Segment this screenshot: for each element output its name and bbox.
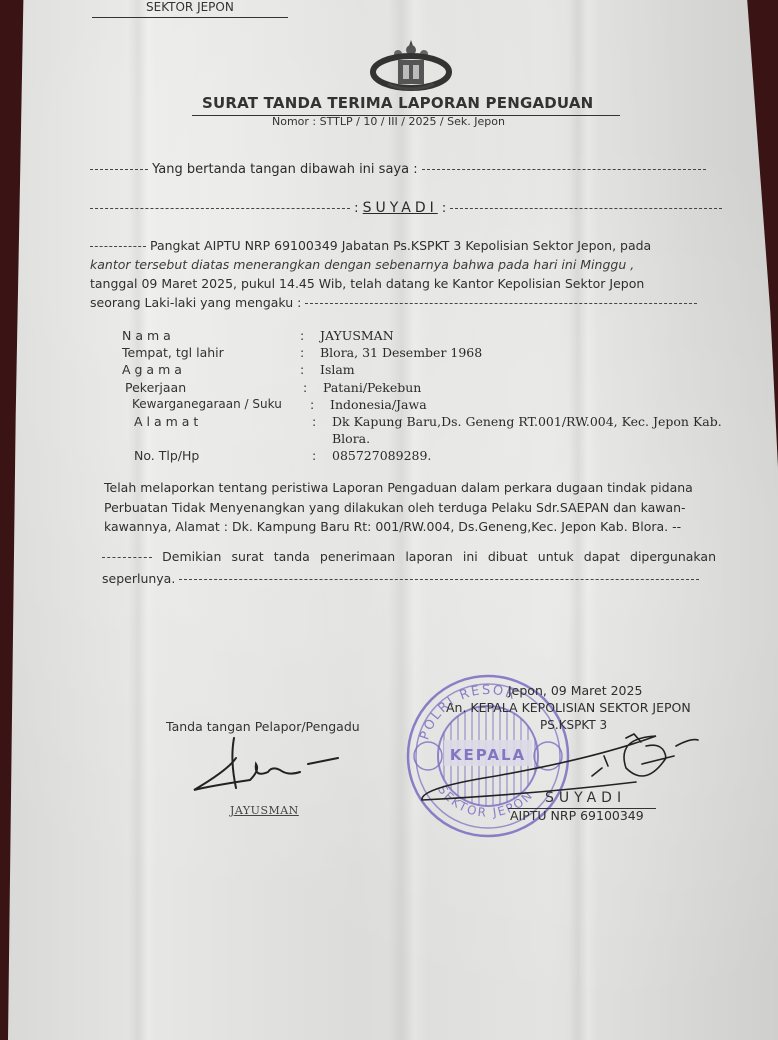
dash-fill xyxy=(450,208,722,209)
identity-label: N a m a xyxy=(122,327,300,344)
identity-row: Pekerjaan : Patani/Pekebun xyxy=(122,379,742,396)
dash-fill xyxy=(422,169,706,170)
identity-label: No. Tlp/Hp xyxy=(122,447,312,464)
identity-row: Kewarganegaraan / Suku : Indonesia/Jawa xyxy=(122,396,742,413)
identity-label: Kewarganegaraan / Suku xyxy=(122,396,310,413)
identity-row: A g a m a : Islam xyxy=(122,361,742,378)
identity-label: A g a m a xyxy=(122,361,300,378)
identity-label: A l a m a t xyxy=(122,413,312,447)
document-number: Nomor : STTLP / 10 / III / 2025 / Sek. J… xyxy=(272,115,505,128)
identity-table: N a m a : JAYUSMAN Tempat, tgl lahir : B… xyxy=(122,327,742,465)
police-emblem-icon xyxy=(368,38,454,94)
dash-fill xyxy=(179,579,699,580)
officer-paragraph-line1: Pangkat AIPTU NRP 69100349 Jabatan Ps.KS… xyxy=(150,238,651,253)
unit-header: SEKTOR JEPON xyxy=(146,0,234,14)
identity-row: No. Tlp/Hp : 085727089289. xyxy=(122,447,742,464)
dash-fill xyxy=(90,246,146,247)
officer-paragraph-line4: seorang Laki-laki yang mengaku : xyxy=(90,295,301,310)
identity-value: Patani/Pekebun xyxy=(323,379,733,396)
dash-fill xyxy=(305,303,697,304)
identity-label: Pekerjaan xyxy=(122,379,303,396)
closing-text: Demikian surat tanda penerimaan laporan … xyxy=(102,549,716,586)
signing-place-date: Jepon, 09 Maret 2025 xyxy=(508,683,642,698)
document-title: SURAT TANDA TERIMA LAPORAN PENGADUAN xyxy=(202,94,593,112)
report-text: Telah melaporkan tentang peristiwa Lapor… xyxy=(104,478,716,537)
identity-row: Tempat, tgl lahir : Blora, 31 Desember 1… xyxy=(122,344,742,361)
header-underline xyxy=(92,17,288,18)
complainant-signature-icon xyxy=(190,730,350,802)
intro-line: Yang bertanda tangan dibawah ini saya : xyxy=(90,162,706,177)
dash-fill xyxy=(102,557,152,558)
dash-fill xyxy=(90,169,148,170)
identity-value: Indonesia/Jawa xyxy=(330,396,740,413)
complainant-name: JAYUSMAN xyxy=(230,804,299,817)
officer-paragraph: Pangkat AIPTU NRP 69100349 Jabatan Ps.KS… xyxy=(90,236,730,312)
officer-name-line: : SUYADI : xyxy=(90,200,722,216)
closing-paragraph: Demikian surat tanda penerimaan laporan … xyxy=(102,546,716,590)
identity-value: JAYUSMAN xyxy=(320,327,730,344)
identity-value: Blora, 31 Desember 1968 xyxy=(320,344,730,361)
officer-paragraph-line2: kantor tersebut diatas menerangkan denga… xyxy=(90,257,634,272)
identity-value: 085727089289. xyxy=(332,447,742,464)
identity-row: A l a m a t : Dk Kapung Baru,Ds. Geneng … xyxy=(122,413,742,447)
intro-text: Yang bertanda tangan dibawah ini saya : xyxy=(152,162,417,177)
identity-row: N a m a : JAYUSMAN xyxy=(122,327,742,344)
officer-rank-nrp: AIPTU NRP 69100349 xyxy=(510,808,644,823)
officer-signed-name: SUYADI xyxy=(545,790,626,806)
identity-value: Islam xyxy=(320,361,730,378)
identity-value: Dk Kapung Baru,Ds. Geneng RT.001/RW.004,… xyxy=(332,413,742,447)
officer-name-heading: SUYADI xyxy=(363,200,438,216)
identity-label: Tempat, tgl lahir xyxy=(122,344,300,361)
officer-paragraph-line3: tanggal 09 Maret 2025, pukul 14.45 Wib, … xyxy=(90,276,644,291)
dash-fill xyxy=(90,208,350,209)
on-behalf-of: An. KEPALA KEPOLISIAN SEKTOR JEPON xyxy=(446,700,691,715)
